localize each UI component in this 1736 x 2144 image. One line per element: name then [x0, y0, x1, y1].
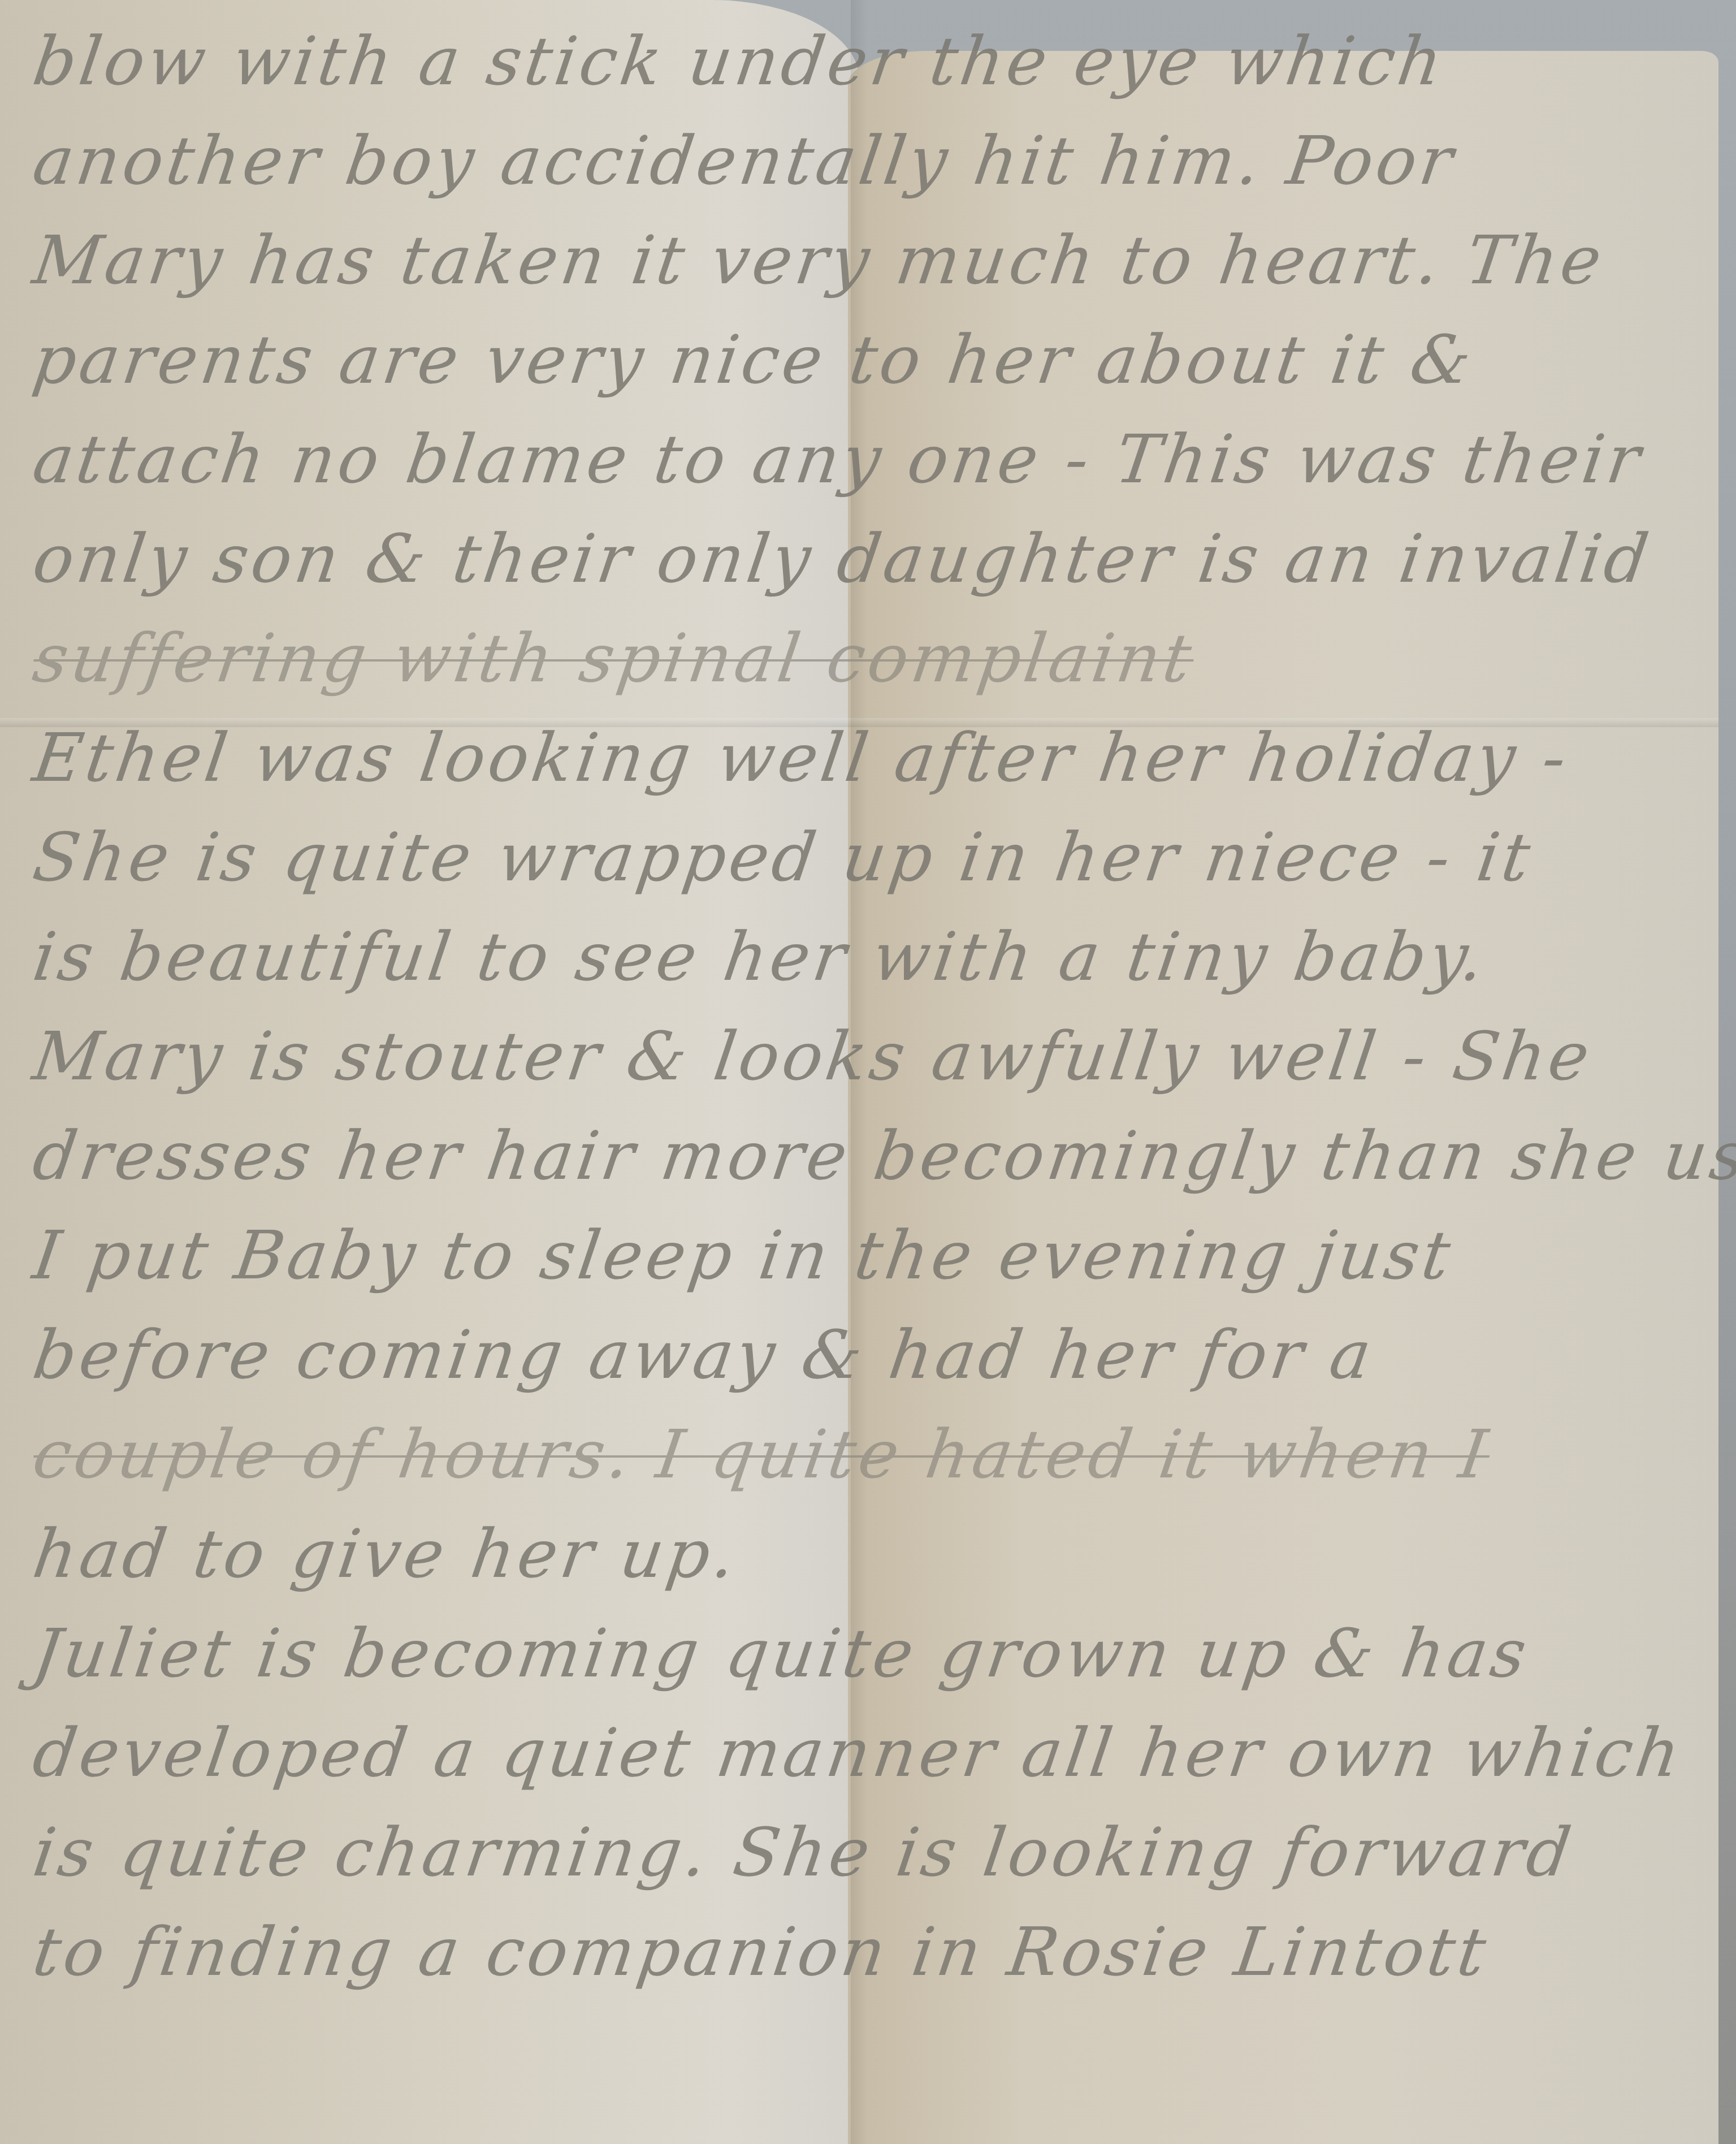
text-line: I put Baby to sleep in the evening just [27, 1205, 1715, 1305]
text-line: another boy accidentally hit him. Poor [27, 111, 1715, 210]
text-line-struck: couple of hours. I quite hated it when I [27, 1404, 1715, 1504]
text-line: is quite charming. She is looking forwar… [27, 1802, 1715, 1902]
text-line: Juliet is becoming quite grown up & has [27, 1603, 1715, 1703]
text-line: had to give her up. [27, 1504, 1715, 1603]
letter-sheet: blow with a stick under the eye which an… [0, 0, 1718, 2144]
text-line: developed a quiet manner all her own whi… [27, 1703, 1715, 1802]
text-line: parents are very nice to her about it & [27, 310, 1715, 409]
text-line: Ethel was looking well after her holiday… [27, 708, 1715, 807]
text-line: dresses her hair more becomingly than sh… [27, 1106, 1715, 1205]
text-line: is beautiful to see her with a tiny baby… [27, 907, 1715, 1006]
text-line: only son & their only daughter is an inv… [27, 509, 1715, 608]
text-line: She is quite wrapped up in her niece - i… [27, 807, 1715, 907]
handwritten-text: blow with a stick under the eye which an… [34, 11, 1707, 2002]
text-line-struck: suffering with spinal complaint [27, 608, 1715, 708]
text-line: blow with a stick under the eye which [27, 11, 1715, 111]
text-line: before coming away & had her for a [27, 1305, 1715, 1404]
text-line: to finding a companion in Rosie Lintott [27, 1902, 1715, 2002]
text-line: Mary has taken it very much to heart. Th… [27, 210, 1715, 310]
text-line: attach no blame to any one - This was th… [27, 409, 1715, 509]
text-line: Mary is stouter & looks awfully well - S… [27, 1006, 1715, 1106]
